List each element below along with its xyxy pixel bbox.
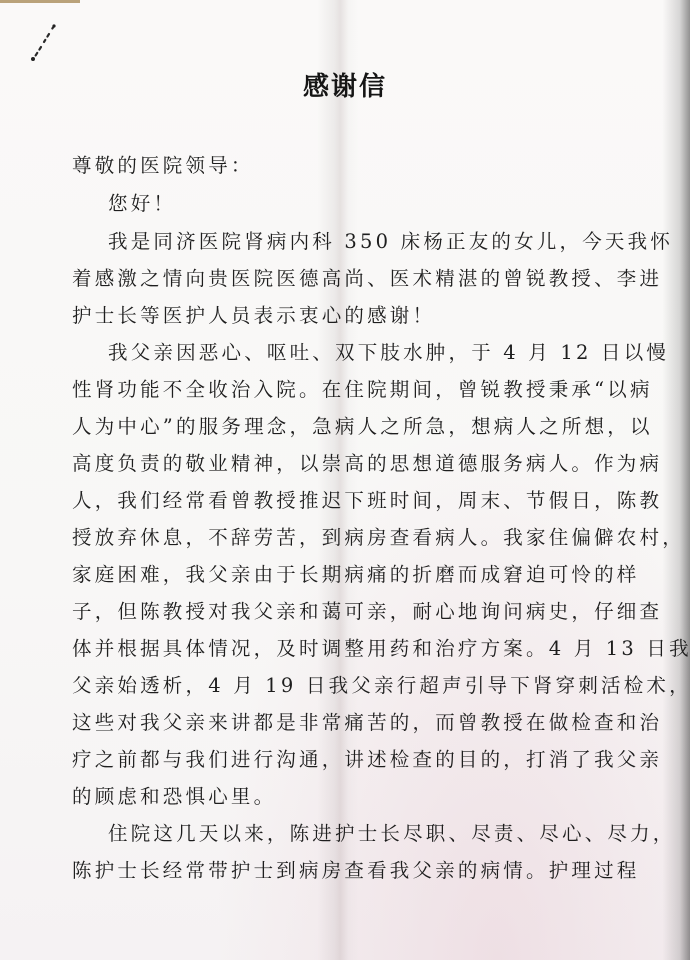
paragraph-line: 授放弃休息，不辞劳苦，到病房查看病人。我家住偏僻农村， [72, 522, 685, 550]
paragraph-line: 的顾虑和恐惧心里。 [72, 781, 276, 809]
paragraph-line: 性肾功能不全收治入院。在住院期间，曾锐教授秉承“以病 [72, 374, 653, 402]
paragraph-line: 护士长等医护人员表示衷心的感谢！ [72, 300, 435, 328]
paragraph-line: 我是同济医院肾病内科 350 床杨正友的女儿，今天我怀 [108, 226, 673, 254]
paragraph-line: 我父亲因恶心、呕吐、双下肢水肿，于 4 月 12 日以慢 [108, 337, 669, 365]
paragraph-line: 体并根据具体情况，及时调整用药和治疗方案。4 月 13 日我 [72, 633, 690, 661]
paragraph-line: 高度负责的敬业精神，以崇高的思想道德服务病人。作为病 [72, 448, 662, 476]
paragraph-line: 子，但陈教授对我父亲和蔼可亲，耐心地询问病史，仔细查 [72, 596, 662, 624]
paragraph-line: 父亲始透析，4 月 19 日我父亲行超声引导下肾穿刺活检术， [72, 670, 690, 698]
letter-paper [0, 0, 690, 960]
greeting: 您好！ [108, 188, 176, 216]
paragraph-line: 人为中心”的服务理念，急病人之所急，想病人之所想，以 [72, 411, 653, 439]
paragraph-line: 人，我们经常看曾教授推迟下班时间，周末、节假日，陈教 [72, 485, 662, 513]
pen-mark-icon [22, 22, 58, 62]
paragraph-line: 陈护士长经常带护士到病房查看我父亲的病情。护理过程 [72, 855, 640, 883]
letter-title: 感谢信 [0, 66, 690, 103]
paragraph-line: 家庭困难，我父亲由于长期病痛的折磨而成窘迫可怜的样 [72, 559, 640, 587]
paper-top-edge [0, 0, 80, 3]
paragraph-line: 这些对我父亲来讲都是非常痛苦的，而曾教授在做检查和治 [72, 707, 662, 735]
salutation: 尊敬的医院领导： [72, 150, 254, 178]
paragraph-line: 住院这几天以来，陈进护士长尽职、尽责、尽心、尽力， [108, 818, 676, 846]
paragraph-line: 疗之前都与我们进行沟通，讲述检查的目的，打消了我父亲 [72, 744, 662, 772]
paragraph-line: 着感激之情向贵医院医德高尚、医术精湛的曾锐教授、李进 [72, 263, 662, 291]
